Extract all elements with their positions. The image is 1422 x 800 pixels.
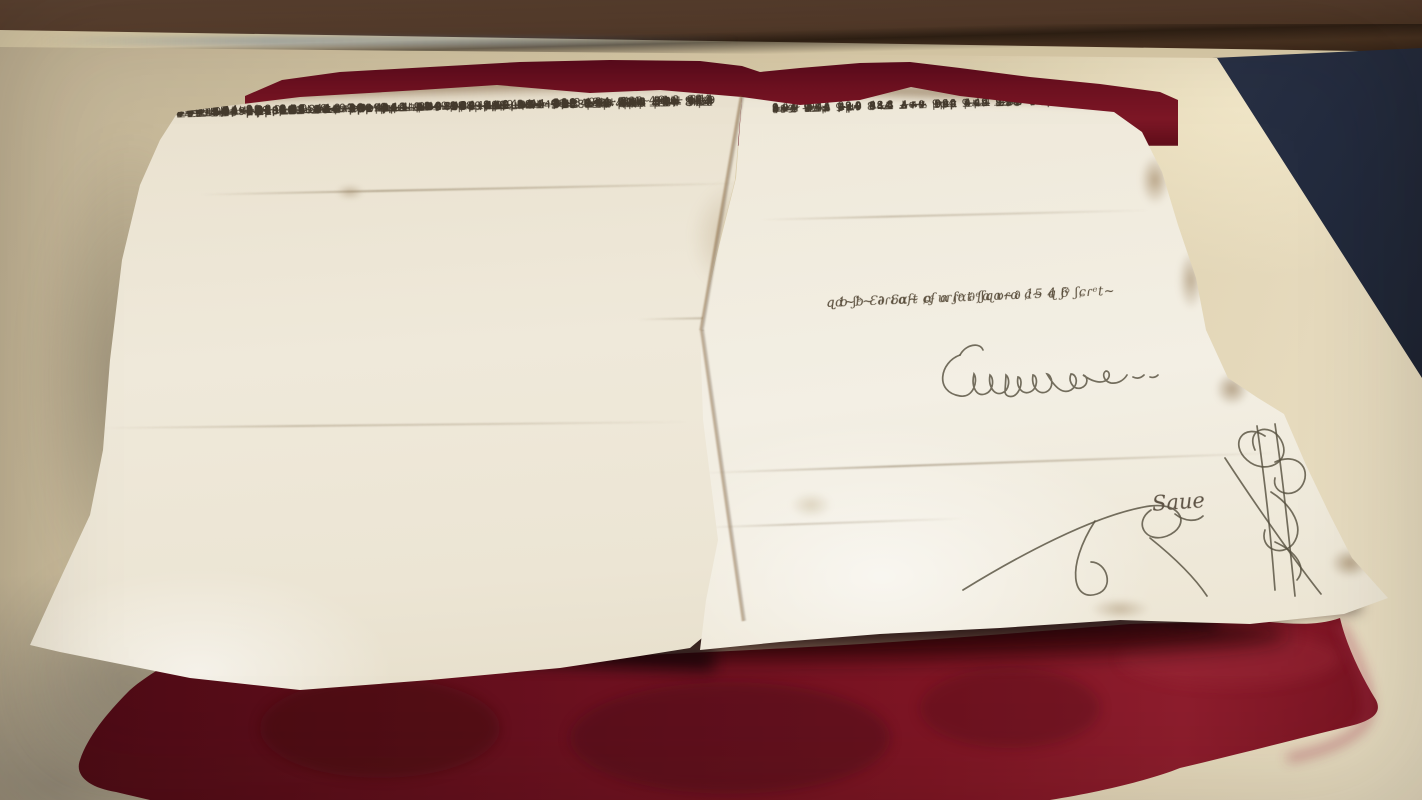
fold-crease — [100, 421, 690, 429]
countersignature-text: Saue — [1151, 488, 1205, 516]
fold-crease — [200, 182, 745, 195]
charles-signature — [930, 330, 1165, 420]
foxing-spot — [790, 492, 832, 518]
photo-scene: ⊥∴+ 9~4 ∂µ+ ⊥8∴ σ~9 +4⊥ ∴µ8 ~+∂+~⊥ 4∴9 µ… — [0, 0, 1422, 800]
countersignature-flourish — [945, 418, 1365, 618]
fold-crease — [760, 209, 1150, 221]
cushion-fold-shadow — [260, 678, 500, 778]
closing-line: ɋɑ~ƅ Ɛ∂ɾʋɑ~ ɑ ʋɾɾᵉ ∂ᵉʃɋɑ~∂ 15 4 6 — [826, 286, 1070, 312]
floor-highlight-streak — [40, 36, 740, 46]
fold-crease — [705, 517, 965, 528]
cushion-fold-shadow — [920, 668, 1100, 748]
closing-lines: ɋ ƅ ʃᵉ~ ∂ Ɛɑſt ɕʄ ɑ ʃɑt ſɑ ʋɾɑ ɕ~ ɋ ʃᵒ ʃ… — [826, 282, 1156, 296]
cushion-fold-shadow — [570, 682, 890, 794]
